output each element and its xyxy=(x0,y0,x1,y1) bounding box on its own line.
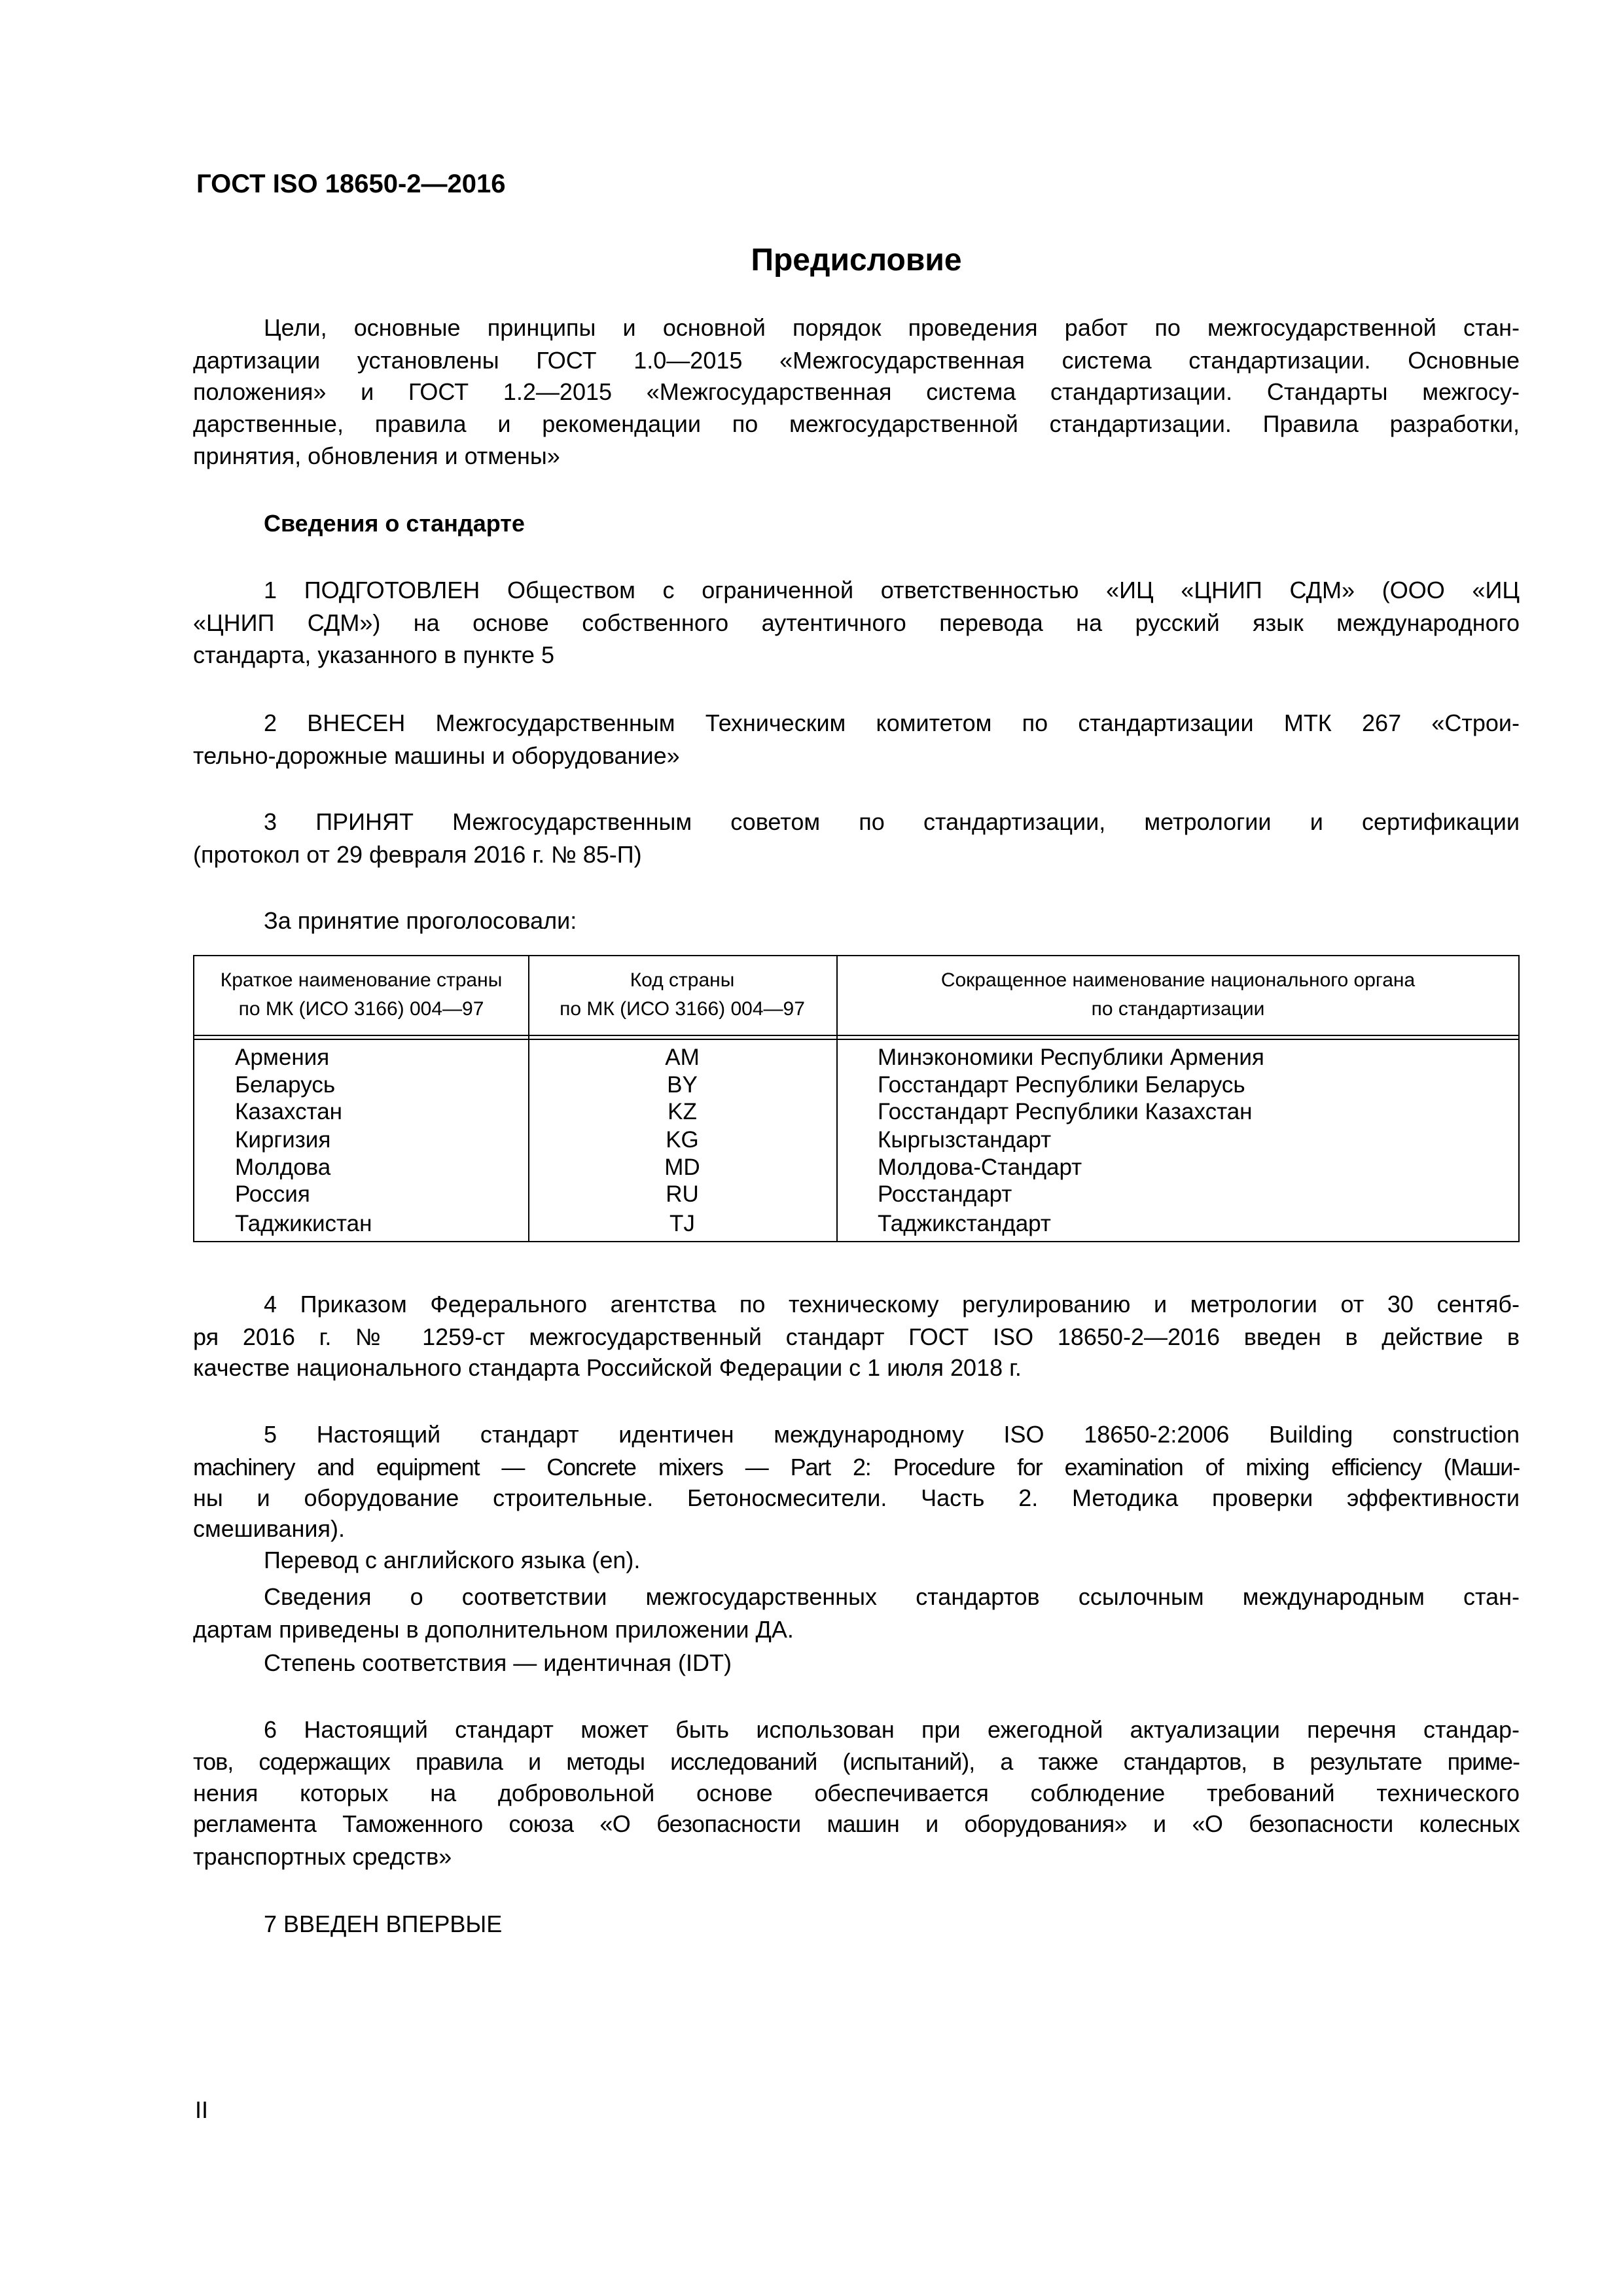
cell-country: Молдова xyxy=(235,1156,330,1179)
text-line: 3 ПРИНЯТ Межгосударственным советом по с… xyxy=(264,810,1520,834)
cell-body: Минэкономики Республики Армения xyxy=(878,1046,1264,1069)
cell-code: BY xyxy=(528,1073,836,1096)
text-line: Цели, основные принципы и основной поряд… xyxy=(264,316,1520,340)
table-header-code: Код страны xyxy=(528,971,836,990)
cell-country: Беларусь xyxy=(235,1073,335,1096)
text-line: «ЦНИП СДМ») на основе собственного аутен… xyxy=(193,611,1520,635)
text-line: дартизации установлены ГОСТ 1.0—2015 «Ме… xyxy=(193,349,1520,372)
cell-code: RU xyxy=(528,1183,836,1206)
text-line: качестве национального стандарта Российс… xyxy=(193,1356,1520,1380)
cell-code: MD xyxy=(528,1156,836,1179)
table-header-body-sub: по стандартизации xyxy=(836,999,1520,1019)
cell-country: Армения xyxy=(235,1046,329,1069)
table-header-body: Сокращенное наименование национального о… xyxy=(836,971,1520,990)
text-line: транспортных средств» xyxy=(193,1845,1520,1869)
text-line: Сведения о соответствии межгосударственн… xyxy=(264,1585,1520,1609)
cell-body: Госстандарт Республики Казахстан xyxy=(878,1100,1253,1123)
cell-body: Таджикстандарт xyxy=(878,1212,1051,1235)
text-line: ны и оборудование строительные. Бетоносм… xyxy=(193,1486,1520,1510)
section-heading: Сведения о стандарте xyxy=(264,512,525,535)
text-line: тов, содержащих правила и методы исследо… xyxy=(193,1750,1520,1774)
text-line: 4 Приказом Федерального агентства по тех… xyxy=(264,1293,1520,1316)
cell-country: Казахстан xyxy=(235,1100,342,1123)
cell-body: Госстандарт Республики Беларусь xyxy=(878,1073,1245,1096)
cell-country: Киргизия xyxy=(235,1128,330,1151)
text-line: регламента Таможенного союза «О безопасн… xyxy=(193,1812,1520,1836)
cell-code: TJ xyxy=(528,1212,836,1235)
text-line: положения» и ГОСТ 1.2—2015 «Межгосударст… xyxy=(193,380,1520,404)
cell-body: Росстандарт xyxy=(878,1183,1012,1206)
text-line: Степень соответствия — идентичная (IDT) xyxy=(264,1651,1520,1675)
text-line: 2 ВНЕСЕН Межгосударственным Техническим … xyxy=(264,711,1520,735)
text-line: 6 Настоящий стандарт может быть использо… xyxy=(264,1718,1520,1742)
text-line: Перевод с английского языка (en). xyxy=(264,1549,1520,1572)
table-header-code-sub: по МК (ИСО 3166) 004—97 xyxy=(528,999,836,1019)
cell-body: Кыргызстандарт xyxy=(878,1128,1051,1151)
document-code-header: ГОСТ ISO 18650-2—2016 xyxy=(196,171,506,197)
text-line: смешивания). xyxy=(193,1517,1520,1541)
text-line: (протокол от 29 февраля 2016 г. № 85-П) xyxy=(193,843,1520,867)
cell-code: KG xyxy=(528,1128,836,1151)
cell-country: Таджикистан xyxy=(235,1212,372,1235)
header-double-rule xyxy=(194,1035,1518,1040)
cell-code: KZ xyxy=(528,1100,836,1123)
table-header-country: Краткое наименование страны xyxy=(194,971,528,990)
page-title: Предисловие xyxy=(193,245,1520,276)
voting-table: Краткое наименование страны по МК (ИСО 3… xyxy=(193,955,1520,1242)
text-line: 5 Настоящий стандарт идентичен междунаро… xyxy=(264,1423,1520,1446)
text-line: нения которых на добровольной основе обе… xyxy=(193,1782,1520,1805)
table-header-country-sub: по МК (ИСО 3166) 004—97 xyxy=(194,999,528,1019)
text-line: machinery and equipment — Concrete mixer… xyxy=(193,1456,1520,1479)
cell-body: Молдова-Стандарт xyxy=(878,1156,1082,1179)
cell-code: AM xyxy=(528,1046,836,1069)
text-line: ря 2016 г. № 1259-ст межгосударственный … xyxy=(193,1325,1520,1349)
page-number: II xyxy=(195,2098,208,2122)
cell-country: Россия xyxy=(235,1183,310,1206)
vote-label: За принятие проголосовали: xyxy=(264,909,1520,933)
text-line: дартам приведены в дополнительном прилож… xyxy=(193,1618,1520,1641)
text-line: дарственные, правила и рекомендации по м… xyxy=(193,412,1520,436)
text-line: тельно-дорожные машины и оборудование» xyxy=(193,744,1520,768)
text-line: 1 ПОДГОТОВЛЕН Обществом с ограниченной о… xyxy=(264,579,1520,602)
item-7-first-introduced: 7 ВВЕДЕН ВПЕРВЫЕ xyxy=(264,1912,1520,1936)
text-line: стандарта, указанного в пункте 5 xyxy=(193,643,1520,667)
text-line: принятия, обновления и отмены» xyxy=(193,444,1520,468)
